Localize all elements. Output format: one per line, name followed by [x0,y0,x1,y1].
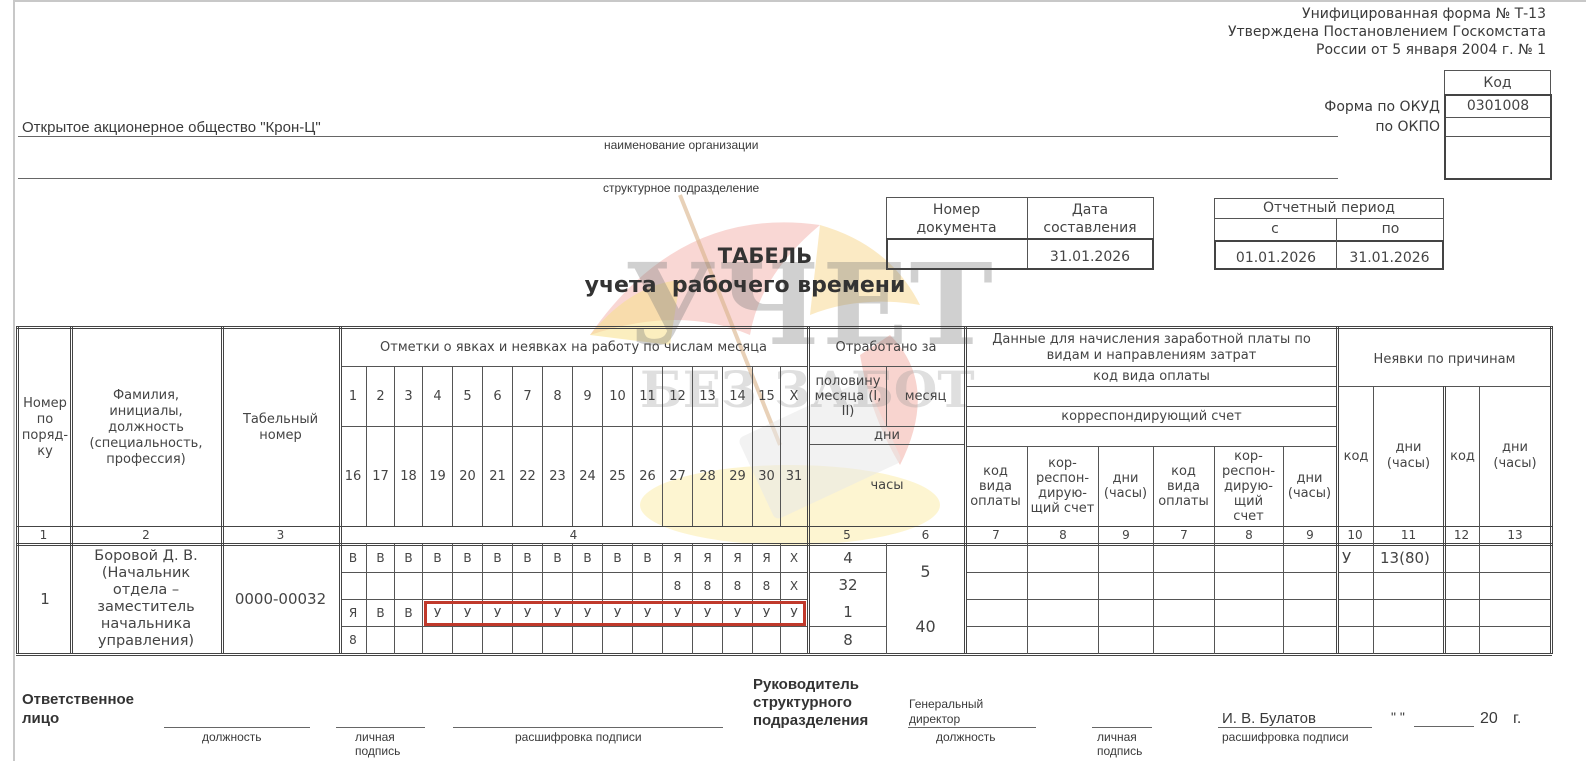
day-header: 26 [633,426,662,526]
employee-name: Боровой Д. В. (Начальник отдела – замест… [73,544,219,654]
half1-days: 4 [810,544,886,572]
day-header: 12 [663,366,692,426]
responsible-position-caption: должность [202,730,262,744]
day-mark[interactable]: В [395,600,422,626]
header-pay-code: код вида оплаты [967,366,1336,386]
form-header-line2: Утверждена Постановлением Госкомстата [1228,24,1546,40]
salary-cell[interactable] [965,573,1026,598]
header-sub-corr-2: кор-респон-дирую-щий счет [1215,446,1282,526]
half2-hours: 8 [810,626,886,654]
day-mark[interactable] [513,573,542,599]
day-header: 18 [395,426,422,526]
day-mark[interactable] [633,573,662,599]
column-number: 13 [1481,527,1549,543]
salary-cell[interactable] [1215,573,1282,598]
date-year[interactable]: 20 [1480,710,1498,728]
day-header: 29 [723,426,752,526]
header-abs-days: дни (часы) [1374,386,1443,526]
day-header: 17 [367,426,394,526]
row-number: 1 [19,546,71,652]
head-name[interactable]: И. В. Булатов [1222,710,1316,727]
header-month: месяц [887,366,964,426]
day-mark[interactable]: 8 [693,573,722,599]
salary-cell[interactable] [1099,573,1152,598]
column-number: 8 [1216,527,1282,543]
day-mark[interactable]: В [423,545,452,572]
doc-number-header: Номер документа [900,201,1013,237]
day-mark[interactable] [340,573,366,599]
column-number: 5 [809,527,885,543]
day-mark[interactable]: Х [781,573,807,599]
okpo-value[interactable] [1446,118,1550,136]
day-mark[interactable]: 8 [663,573,692,599]
header-marks: Отметки о явках и неявках на работу по ч… [342,329,805,366]
column-number: 9 [1285,527,1335,543]
day-header: 2 [367,366,394,426]
day-mark[interactable]: Я [693,545,722,572]
day-header: 22 [513,426,542,526]
day-mark[interactable]: 8 [340,627,366,654]
head-position[interactable]: Генеральный директор [909,697,999,727]
day-mark[interactable] [423,627,452,654]
day-mark[interactable]: В [340,545,366,572]
head-label: Руководитель структурного подразделения [753,676,893,730]
header-abs-code-2: код [1446,386,1479,526]
column-number: 7 [1155,527,1213,543]
header-abs-days-2: дни (часы) [1480,386,1550,526]
day-header: 15 [753,366,780,426]
day-header: 9 [573,366,602,426]
day-mark[interactable] [603,627,632,654]
day-header: 19 [423,426,452,526]
day-header: 28 [693,426,722,526]
grid-line [1550,326,1553,654]
highlight-box [424,601,806,626]
header-name: Фамилия, инициалы, должность (специально… [73,329,219,526]
salary-cell[interactable] [1028,627,1097,653]
salary-cell[interactable] [1154,545,1213,571]
day-mark[interactable] [663,627,692,654]
day-header: 30 [753,426,780,526]
day-mark[interactable]: В [483,545,512,572]
header-num: Номер по поряд-ку [19,329,71,526]
salary-cell[interactable] [1215,627,1282,653]
day-mark[interactable]: В [453,545,482,572]
salary-cell[interactable] [1284,627,1335,653]
salary-cell[interactable] [1099,600,1152,625]
period-from-value[interactable]: 01.01.2026 [1216,246,1336,270]
responsible-signature-caption: личная подпись [355,730,415,758]
salary-cell[interactable] [1154,627,1213,653]
day-mark[interactable] [573,627,602,654]
salary-cell[interactable] [1099,627,1152,653]
day-header: 6 [483,366,512,426]
salary-cell[interactable] [1154,600,1213,625]
half2-days: 1 [810,599,886,626]
column-number: 3 [223,527,338,543]
column-number: 4 [341,527,806,543]
absence-days: 13(80) [1374,546,1443,570]
day-mark[interactable] [453,573,482,599]
column-number: 9 [1100,527,1152,543]
salary-cell[interactable] [1028,600,1097,625]
day-mark[interactable] [633,627,662,654]
day-header: 10 [603,366,632,426]
day-header: 1 [340,366,366,426]
day-header: 20 [453,426,482,526]
header-corr-account: корреспондирующий счет [967,406,1336,426]
day-mark[interactable]: Я [753,545,780,572]
document-title: ТАБЕЛЬ [600,242,930,270]
okud-label: Форма по ОКУД [1324,99,1440,115]
salary-cell[interactable] [1284,545,1335,571]
day-header: 5 [453,366,482,426]
day-mark[interactable]: В [543,545,572,572]
day-mark[interactable] [513,627,542,654]
day-mark[interactable] [423,573,452,599]
header-sub-days-2: дни (часы) [1284,446,1335,526]
day-mark[interactable] [367,627,394,654]
salary-cell[interactable] [1028,545,1097,571]
day-mark[interactable]: Х [781,545,807,572]
day-mark[interactable] [367,573,394,599]
doc-date-header: Дата составления [1030,201,1150,237]
period-header: Отчетный период [1214,199,1444,218]
absence-code: У [1339,546,1373,570]
day-header: 23 [543,426,572,526]
day-header: 8 [543,366,572,426]
head-position-caption: должность [936,730,996,744]
salary-cell[interactable] [1028,573,1097,598]
okpo-label: по ОКПО [1375,119,1440,135]
day-mark[interactable]: Я [663,545,692,572]
day-mark[interactable]: Я [340,600,366,626]
day-header: Х [781,366,807,426]
salary-cell[interactable] [1284,573,1335,598]
column-number: 7 [966,527,1026,543]
day-mark[interactable]: В [603,545,632,572]
day-mark[interactable]: В [573,545,602,572]
day-header: 14 [723,366,752,426]
day-header: 7 [513,366,542,426]
day-mark[interactable] [395,573,422,599]
header-sub-pay-code: код вида оплаты [965,446,1026,526]
header-salary: Данные для начисления заработной платы п… [967,329,1336,366]
grid-line [967,426,1336,427]
department-caption: структурное подразделение [603,181,759,195]
header-abs-code: код [1339,386,1373,526]
doc-date-value[interactable]: 31.01.2026 [1028,244,1152,270]
salary-cell[interactable] [1284,600,1335,625]
day-header: 31 [781,426,807,526]
okud-value: 0301008 [1446,95,1550,117]
salary-cell[interactable] [1154,573,1213,598]
column-number: 8 [1029,527,1097,543]
date-quote: " " [1391,709,1405,725]
header-half-month: половину месяца (I, II) [810,366,886,426]
form-header-line1: Унифицированная форма № Т-13 [1302,6,1546,22]
day-mark[interactable] [483,573,512,599]
salary-cell[interactable] [1099,545,1152,571]
header-sub-corr: кор-респон-дирую-щий счет [1028,446,1097,526]
grid-line [1339,572,1550,573]
column-number: 12 [1445,527,1478,543]
column-number: 10 [1338,527,1372,543]
day-header: 24 [573,426,602,526]
header-worked: Отработано за [810,329,962,366]
day-mark[interactable]: В [633,545,662,572]
column-number: 1 [18,527,69,543]
period-to-header: по [1337,219,1444,240]
codes-header: Код [1444,70,1551,95]
column-number: 11 [1375,527,1442,543]
form-header-line3: России от 5 января 2004 г. № 1 [1316,42,1546,58]
day-mark[interactable]: В [513,545,542,572]
day-mark[interactable]: 8 [753,573,780,599]
grid-line [967,386,1336,387]
day-mark[interactable]: Я [723,545,752,572]
header-tab-num: Табельный номер [224,329,337,526]
responsible-decoding-caption: расшифровка подписи [515,730,642,744]
day-header: 4 [423,366,452,426]
period-from-header: с [1214,219,1336,240]
day-mark[interactable] [723,627,752,654]
column-number: 2 [72,527,220,543]
date-year-suffix: г. [1513,710,1521,728]
day-header: 25 [603,426,632,526]
month-days: 5 [887,544,964,599]
salary-cell[interactable] [965,627,1026,653]
day-header: 27 [663,426,692,526]
column-number: 6 [888,527,963,543]
grid-line [1339,599,1550,600]
month-hours: 40 [887,599,964,654]
period-to-value[interactable]: 31.01.2026 [1337,246,1442,270]
header-sub-pay-code-2: код вида оплаты [1154,446,1213,526]
day-mark[interactable]: 8 [723,573,752,599]
day-mark[interactable] [753,627,780,654]
day-mark[interactable] [693,627,722,654]
day-mark[interactable]: В [395,545,422,572]
day-mark[interactable] [603,573,632,599]
day-mark[interactable] [395,627,422,654]
day-header: 3 [395,366,422,426]
header-sub-days: дни (часы) [1099,446,1152,526]
header-absence: Неявки по причинам [1339,329,1550,389]
salary-cell[interactable] [1215,600,1282,625]
day-header: 13 [693,366,722,426]
organization-name[interactable]: Открытое акционерное общество "Крон-Ц" [22,119,321,136]
day-header: 11 [633,366,662,426]
responsible-label: Ответственное лицо [22,690,162,728]
day-mark[interactable] [483,627,512,654]
day-header: 21 [483,426,512,526]
head-signature-caption: личная подпись [1097,730,1157,758]
header-days: дни [810,426,964,444]
day-mark[interactable]: В [367,545,394,572]
day-mark[interactable] [543,627,572,654]
day-header: 16 [340,426,366,526]
head-decoding-caption: расшифровка подписи [1222,730,1349,744]
document-subtitle: учета рабочего времени [540,270,950,300]
salary-cell[interactable] [1215,545,1282,571]
day-mark[interactable] [573,573,602,599]
day-mark[interactable]: В [367,600,394,626]
salary-cell[interactable] [965,545,1026,571]
employee-tab-number: 0000-00032 [224,544,337,654]
header-hours: часы [810,444,964,526]
day-mark[interactable] [781,627,807,654]
day-mark[interactable] [453,627,482,654]
day-mark[interactable] [543,573,572,599]
grid-line [1339,626,1550,627]
half1-hours: 32 [810,572,886,599]
organization-caption: наименование организации [604,138,758,152]
salary-cell[interactable] [965,600,1026,625]
